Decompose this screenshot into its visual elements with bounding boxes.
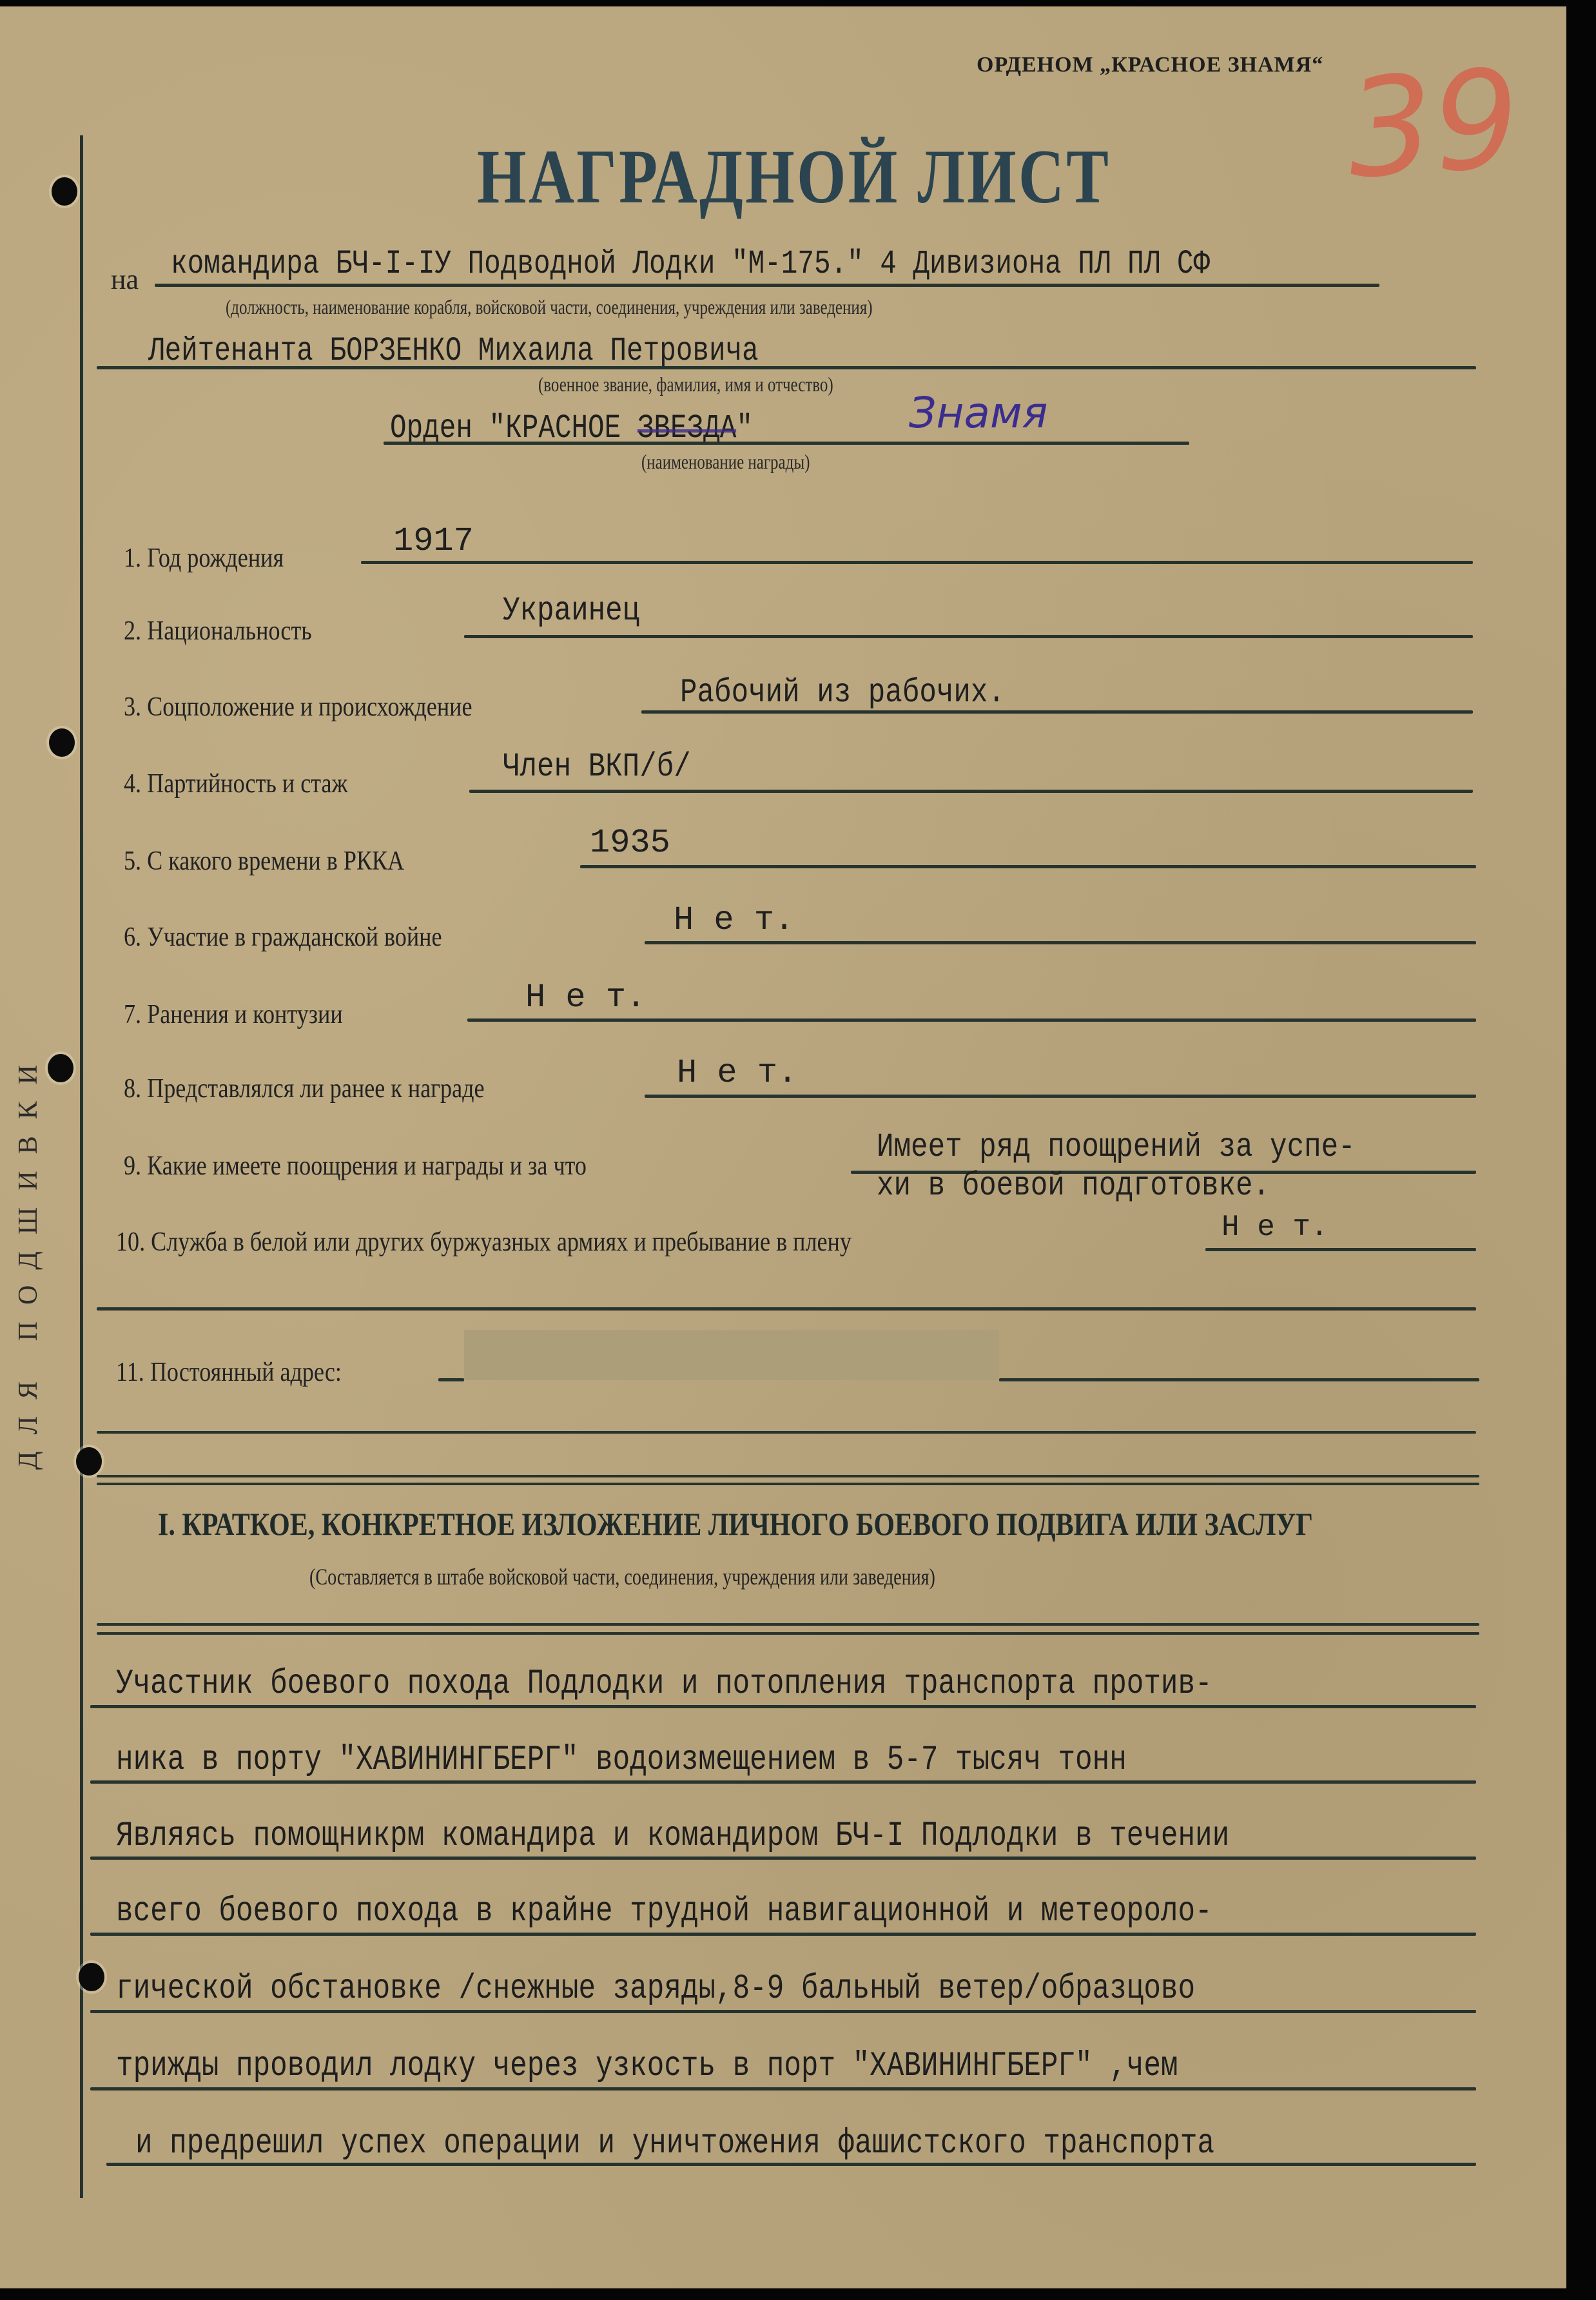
field-label-prior-award: 8. Представлялся ли ранее к награде [124,1073,485,1104]
field-underline [641,710,1473,714]
award-handwritten-correction: Знамя [909,388,1047,438]
narrative-line: и предрешил успех операции и уничтожения… [135,2124,1214,2163]
field-underline [361,561,1473,564]
field-value-social-origin: Рабочий из рабочих. [680,674,1005,712]
field-value-rkka-since: 1935 [590,824,670,862]
name-caption: (военное звание, фамилия, имя и отчество… [538,373,833,396]
position-caption: (должность, наименование корабля, войско… [226,295,873,319]
punch-hole [49,728,75,757]
nominee-position: командира БЧ-I-IУ Подводной Лодки "М-175… [171,245,1210,283]
document-title: НАГРАДНОЙ ЛИСТ [477,132,1111,221]
address-second-line [97,1431,1476,1434]
field-label-rkka-since: 5. С какого времени в РККА [124,846,404,877]
field-value-civil-war: Н е т. [674,901,794,939]
field-underline [464,635,1473,638]
narrative-line: гической обстановке /снежные заряды,8-9 … [116,1969,1195,2009]
award-underline [384,442,1189,445]
field-label-white-army: 10. Служба в белой или других буржуазных… [116,1227,852,1258]
field-label-social-origin: 3. Соцположение и происхождение [124,692,472,723]
nominee-name: Лейтенанта БОРЗЕНКО Михаила Петровича [148,332,759,370]
name-underline [97,366,1476,369]
field-value-white-army: Н е т. [1221,1211,1328,1244]
section-rule-top [97,1475,1479,1477]
narrative-underline [90,1933,1476,1936]
field-underline [1205,1248,1476,1251]
narrative-line: Участник боевого похода Подлодки и потоп… [116,1664,1212,1704]
field-value-prior-award: Н е т. [677,1054,797,1092]
field-underline [645,941,1476,944]
binding-margin-line [80,135,83,2198]
narrative-underline [90,2087,1476,2090]
field-underline [467,1018,1476,1022]
section-rule-top-2 [97,1483,1479,1485]
section-subheading: (Составляется в штабе войсковой части, с… [309,1563,935,1590]
field-label-party: 4. Партийность и стаж [124,768,347,799]
field-label-address: 11. Постоянный адрес: [116,1357,342,1388]
field-label-nationality: 2. Национальность [124,616,312,647]
position-underline [155,284,1379,287]
narrative-underline [90,1857,1476,1860]
binding-margin-label: ДЛЯ ПОДШИВКИ [13,1048,44,1470]
award-sheet: ДЛЯ ПОДШИВКИ ОРДЕНОМ „КРАСНОЕ ЗНАМЯ“ 39 … [0,6,1566,2288]
nominee-prefix: на [111,263,139,296]
punch-hole [52,177,77,206]
section-heading: I. КРАТКОЕ, КОНКРЕТНОЕ ИЗЛОЖЕНИЕ ЛИЧНОГО… [158,1505,1313,1543]
narrative-underline [90,1705,1476,1708]
handwritten-page-number: 39 [1342,39,1525,209]
narrative-line: всего боевого похода в крайне трудной на… [116,1892,1212,1931]
punch-hole [48,1054,73,1082]
field-label-birth-year: 1. Год рождения [124,543,284,574]
punch-hole [76,1447,102,1476]
award-caption: (наименование награды) [641,450,810,474]
field-label-commendations: 9. Какие имеете поощрения и награды и за… [124,1151,587,1182]
section-rule-bottom [97,1623,1479,1626]
narrative-underline [106,2163,1476,2166]
narrative-underline [90,1780,1476,1784]
field-value-birth-year: 1917 [393,522,474,560]
field-value-commendations-line2: хи в боевой подготовке. [877,1167,1270,1205]
field-value-commendations: Имеет ряд поощрений за успе- [877,1128,1356,1166]
field-value-nationality: Украинец [503,592,639,630]
narrative-underline [90,2010,1476,2013]
field-underline [999,1378,1479,1381]
punch-hole [79,1963,104,1991]
field-underline [469,790,1473,793]
narrative-line: Являясь помощникрм командира и командиро… [116,1817,1229,1856]
section-rule-bottom-2 [97,1632,1479,1635]
field-label-wounds: 7. Ранения и контузии [124,999,343,1030]
narrative-line: ника в порту "ХАВИНИНГБЕРГ" водоизмещени… [116,1740,1127,1780]
field-label-civil-war: 6. Участие в гражданской войне [124,922,442,953]
field-underline [580,865,1476,868]
field-underline [645,1095,1476,1098]
field-value-wounds: Н е т. [525,979,646,1017]
field-underline [97,1307,1476,1311]
narrative-line: трижды проводил лодку через узкость в по… [116,2047,1178,2086]
field-underline [438,1378,464,1381]
redacted-address [464,1330,999,1380]
order-stamp: ОРДЕНОМ „КРАСНОЕ ЗНАМЯ“ [977,53,1323,77]
field-value-party: Член ВКП/б/ [503,748,691,786]
